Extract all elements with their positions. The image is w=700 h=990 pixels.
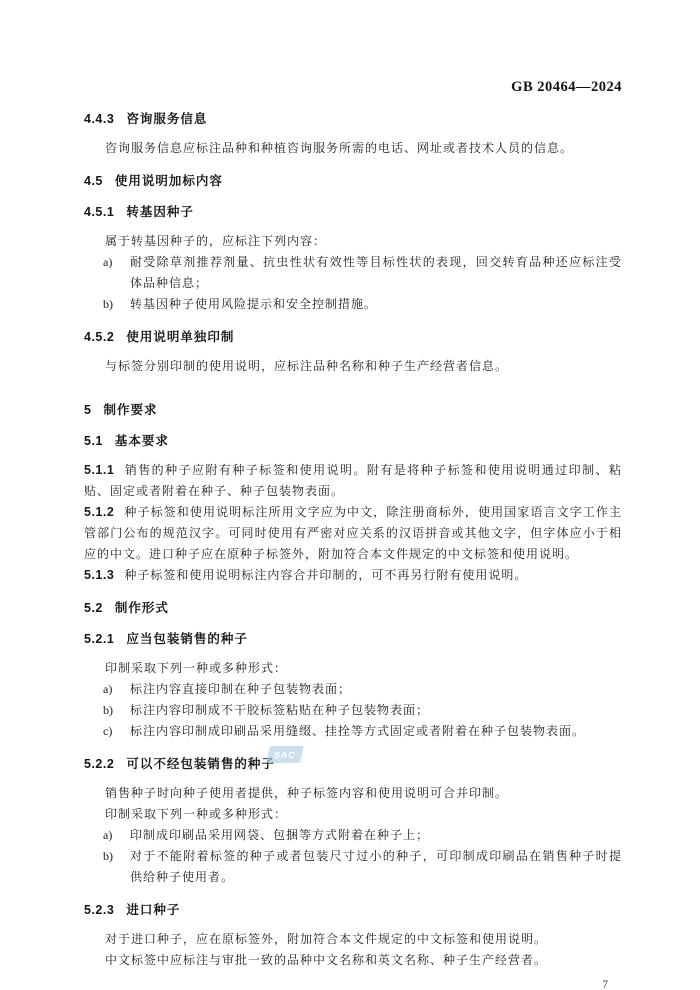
clause-title: 进口种子 bbox=[126, 903, 180, 917]
list-marker: b) bbox=[103, 294, 113, 315]
numbered-paragraph: 5.1.2种子标签和使用说明标注所用文字应为中文，除注册商标外，使用国家语言文字… bbox=[84, 502, 622, 565]
list-marker: c) bbox=[103, 721, 112, 742]
paragraph-text: 销售种子时向种子使用者提供，种子标签内容和使用说明可合并印制。 bbox=[105, 786, 508, 800]
clause-number: 4.5 bbox=[84, 174, 103, 188]
paragraph-text: 与标签分别印制的使用说明，应标注品种名称和种子生产经营者信息。 bbox=[105, 359, 508, 373]
list-marker: a) bbox=[103, 825, 112, 846]
clause-title: 应当包装销售的种子 bbox=[126, 632, 248, 646]
clause-number: 5.2.1 bbox=[84, 632, 114, 646]
clause-title: 可以不经包装销售的种子 bbox=[126, 757, 275, 771]
clause-title: 咨询服务信息 bbox=[126, 112, 207, 126]
clause-number: 5.1.1 bbox=[84, 463, 114, 477]
clause-heading: 5.2.2可以不经包装销售的种子 bbox=[84, 755, 622, 773]
paragraph-text: 种子标签和使用说明标注所用文字应为中文，除注册商标外，使用国家语言文字工作主管部… bbox=[84, 505, 622, 561]
paragraph-text: 印制采取下列一种或多种形式： bbox=[105, 661, 287, 675]
paragraph-text: 销售的种子应附有种子标签和使用说明。附有是将种子标签和使用说明通过印制、粘贴、固… bbox=[84, 463, 622, 498]
clause-number: 5.2 bbox=[84, 601, 103, 615]
list-item: a)印制成印刷品采用网袋、包捆等方式附着在种子上； bbox=[84, 825, 622, 846]
paragraph: 对于进口种子，应在原标签外，附加符合本文件规定的中文标签和使用说明。 bbox=[84, 929, 622, 950]
list-item: b)对于不能附着标签的种子或者包装尺寸过小的种子，可印制成印刷品在销售种子时提供… bbox=[84, 846, 622, 888]
paragraph: 属于转基因种子的，应标注下列内容： bbox=[84, 231, 622, 252]
list-item: a)耐受除草剂推荐剂量、抗虫性状有效性等目标性状的表现，回交转育品种还应标注受体… bbox=[84, 252, 622, 294]
standard-code-header: GB 20464—2024 bbox=[84, 78, 622, 96]
clause-heading: 5制作要求 bbox=[84, 401, 622, 419]
page-number: 7 bbox=[84, 977, 622, 990]
clause-number: 5 bbox=[84, 403, 91, 417]
list-item: a)标注内容直接印制在种子包装物表面； bbox=[84, 679, 622, 700]
clause-heading: 5.2.3进口种子 bbox=[84, 901, 622, 919]
clause-heading: 5.2.1应当包装销售的种子 bbox=[84, 630, 622, 648]
paragraph-text: 属于转基因种子的，应标注下列内容： bbox=[105, 234, 326, 248]
paragraph: 印制采取下列一种或多种形式： bbox=[84, 658, 622, 679]
paragraph-text: 对于进口种子，应在原标签外，附加符合本文件规定的中文标签和使用说明。 bbox=[105, 932, 547, 946]
list-item-text: 标注内容印制成不干胶标签粘贴在种子包装物表面； bbox=[130, 703, 429, 717]
clause-heading: 5.1基本要求 bbox=[84, 432, 622, 450]
list-item-text: 对于不能附着标签的种子或者包装尺寸过小的种子，可印制成印刷品在销售种子时提供给种… bbox=[130, 849, 622, 884]
document-body: 4.4.3咨询服务信息咨询服务信息应标注品种和种植咨询服务所需的电话、网址或者技… bbox=[84, 110, 622, 971]
list-item: b)转基因种子使用风险提示和安全控制措施。 bbox=[84, 294, 622, 315]
paragraph: 咨询服务信息应标注品种和种植咨询服务所需的电话、网址或者技术人员的信息。 bbox=[84, 138, 622, 159]
paragraph-text: 中文标签中应标注与审批一致的品种中文名称和英文名称、种子生产经营者。 bbox=[105, 953, 547, 967]
list-item-text: 转基因种子使用风险提示和安全控制措施。 bbox=[130, 297, 377, 311]
clause-number: 4.5.2 bbox=[84, 330, 114, 344]
list-item: c)标注内容印制成印刷品采用缝缀、挂拴等方式固定或者附着在种子包装物表面。 bbox=[84, 721, 622, 742]
numbered-paragraph: 5.1.1销售的种子应附有种子标签和使用说明。附有是将种子标签和使用说明通过印制… bbox=[84, 460, 622, 502]
list-marker: b) bbox=[103, 700, 113, 721]
clause-heading: 4.4.3咨询服务信息 bbox=[84, 110, 622, 128]
numbered-paragraph: 5.1.3种子标签和使用说明标注内容合并印制的，可不再另行附有使用说明。 bbox=[84, 565, 622, 586]
paragraph: 中文标签中应标注与审批一致的品种中文名称和英文名称、种子生产经营者。 bbox=[84, 950, 622, 971]
clause-title: 使用说明单独印制 bbox=[126, 330, 234, 344]
paragraph-text: 种子标签和使用说明标注内容合并印制的，可不再另行附有使用说明。 bbox=[124, 568, 527, 582]
clause-heading: 4.5.1转基因种子 bbox=[84, 203, 622, 221]
paragraph: 印制采取下列一种或多种形式： bbox=[84, 804, 622, 825]
list-marker: a) bbox=[103, 252, 112, 273]
list-item-text: 标注内容印制成印刷品采用缝缀、挂拴等方式固定或者附着在种子包装物表面。 bbox=[130, 724, 585, 738]
paragraph-text: 咨询服务信息应标注品种和种植咨询服务所需的电话、网址或者技术人员的信息。 bbox=[105, 141, 573, 155]
clause-number: 5.2.3 bbox=[84, 903, 114, 917]
list-item-text: 标注内容直接印制在种子包装物表面； bbox=[130, 682, 351, 696]
clause-heading: 4.5使用说明加标内容 bbox=[84, 172, 622, 190]
paragraph: 与标签分别印制的使用说明，应标注品种名称和种子生产经营者信息。 bbox=[84, 356, 622, 377]
clause-heading: 4.5.2使用说明单独印制 bbox=[84, 328, 622, 346]
clause-title: 转基因种子 bbox=[126, 205, 194, 219]
clause-number: 4.4.3 bbox=[84, 112, 114, 126]
clause-number: 5.1 bbox=[84, 434, 103, 448]
list-item-text: 耐受除草剂推荐剂量、抗虫性状有效性等目标性状的表现，回交转育品种还应标注受体品种… bbox=[130, 255, 622, 290]
list-item: b)标注内容印制成不干胶标签粘贴在种子包装物表面； bbox=[84, 700, 622, 721]
clause-title: 基本要求 bbox=[115, 434, 169, 448]
clause-title: 使用说明加标内容 bbox=[115, 174, 223, 188]
clause-number: 5.1.3 bbox=[84, 568, 114, 582]
clause-number: 4.5.1 bbox=[84, 205, 114, 219]
clause-title: 制作要求 bbox=[103, 403, 157, 417]
clause-heading: 5.2制作形式 bbox=[84, 599, 622, 617]
clause-title: 制作形式 bbox=[115, 601, 169, 615]
clause-number: 5.2.2 bbox=[84, 757, 114, 771]
standard-document-page: GB 20464—2024 4.4.3咨询服务信息咨询服务信息应标注品种和种植咨… bbox=[0, 0, 700, 990]
clause-number: 5.1.2 bbox=[84, 505, 114, 519]
paragraph-text: 印制采取下列一种或多种形式： bbox=[105, 807, 287, 821]
list-item-text: 印制成印刷品采用网袋、包捆等方式附着在种子上； bbox=[130, 828, 429, 842]
list-marker: a) bbox=[103, 679, 112, 700]
list-marker: b) bbox=[103, 846, 113, 867]
paragraph: 销售种子时向种子使用者提供，种子标签内容和使用说明可合并印制。 bbox=[84, 783, 622, 804]
